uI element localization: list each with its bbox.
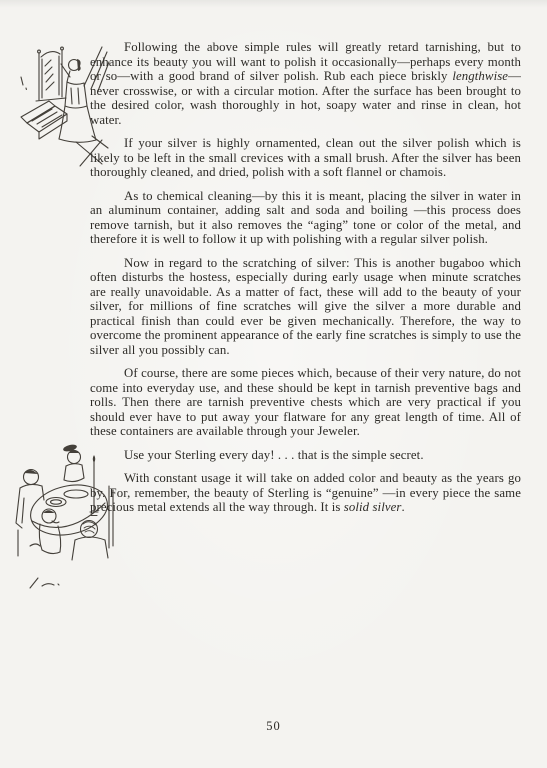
text-run: If your silver is highly ornamented, cle…	[90, 136, 521, 179]
text-run: .	[401, 500, 404, 514]
page-number: 50	[0, 719, 547, 734]
paragraph-polishing-rules: Following the above simple rules will gr…	[90, 40, 521, 127]
paragraph-scratching: Now in regard to the scratching of silve…	[90, 256, 521, 358]
paragraph-use-every-day: Use your Sterling every day! . . . that …	[90, 448, 521, 463]
book-page-scan: Following the above simple rules will gr…	[0, 0, 547, 768]
paragraph-ornamented-silver: If your silver is highly ornamented, cle…	[90, 136, 521, 180]
text-run-italic: solid silver	[344, 500, 402, 514]
text-run: Use your Sterling every day! . . . that …	[124, 448, 424, 462]
paragraph-chemical-cleaning: As to chemical cleaning—by this it is me…	[90, 189, 521, 247]
paragraph-constant-usage: With constant usage it will take on adde…	[90, 471, 521, 515]
text-run: Now in regard to the scratching of silve…	[90, 256, 521, 357]
text-run-italic: lengthwise	[452, 69, 508, 83]
text-run: With constant usage it will take on adde…	[90, 471, 521, 514]
paragraph-tarnish-preventive: Of course, there are some pieces which, …	[90, 366, 521, 439]
body-text-column: Following the above simple rules will gr…	[90, 40, 521, 524]
text-run: As to chemical cleaning—by this it is me…	[90, 189, 521, 247]
text-run: Of course, there are some pieces which, …	[90, 366, 521, 438]
